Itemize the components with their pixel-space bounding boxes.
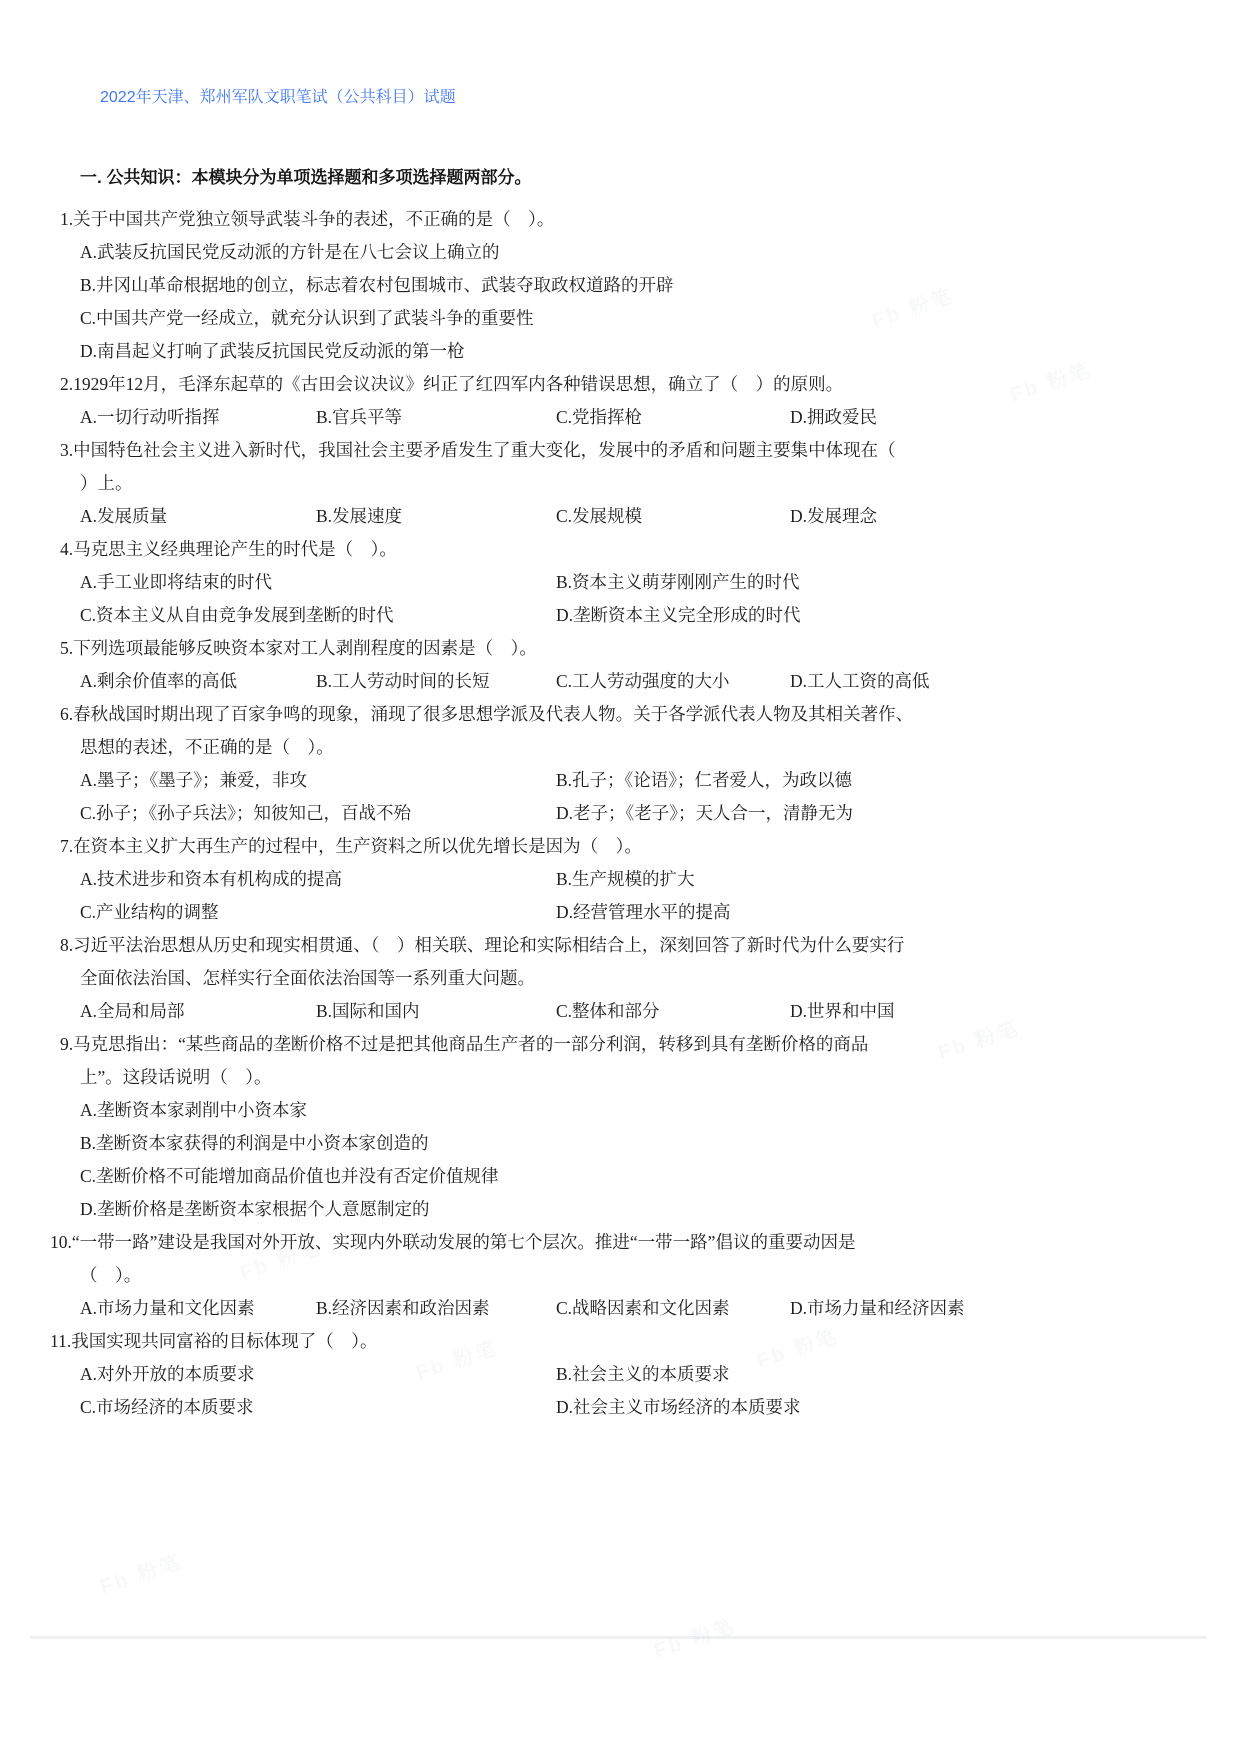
option-group: A.墨子；《墨子》；兼爱，非攻B.孔子；《论语》；仁者爱人，为政以德C.孙子；《… bbox=[80, 764, 1240, 830]
watermark-text: Fb 粉笔 bbox=[96, 1546, 186, 1600]
option: B.经济因素和政治因素 bbox=[316, 1292, 556, 1325]
question-list: 1.关于中国共产党独立领导武装斗争的表述，不正确的是（ ）。A.武装反抗国民党反… bbox=[0, 203, 1240, 1424]
option-group: A.对外开放的本质要求B.社会主义的本质要求C.市场经济的本质要求D.社会主义市… bbox=[80, 1358, 1240, 1424]
question-text: 8.习近平法治思想从历史和现实相贯通、（ ）相关联、理论和实际相结合上，深刻回答… bbox=[0, 929, 1240, 962]
question-text: 6.春秋战国时期出现了百家争鸣的现象，涌现了很多思想学派及代表人物。关于各学派代… bbox=[0, 698, 1240, 731]
question-text: 10.“一带一路”建设是我国对外开放、实现内外联动发展的第七个层次。推进“一带一… bbox=[0, 1226, 1240, 1259]
section-heading: 一. 公共知识：本模块分为单项选择题和多项选择题两部分。 bbox=[80, 166, 1240, 190]
option: B.垄断资本家获得的利润是中小资本家创造的 bbox=[0, 1127, 1240, 1160]
option: A.武装反抗国民党反动派的方针是在八七会议上确立的 bbox=[0, 236, 1240, 269]
option: A.一切行动听指挥 bbox=[80, 401, 316, 434]
question: 5.下列选项最能够反映资本家对工人剥削程度的因素是（ ）。A.剩余价值率的高低B… bbox=[0, 632, 1240, 698]
option: B.资本主义萌芽刚刚产生的时代 bbox=[556, 566, 1240, 599]
option: C.孙子；《孙子兵法》；知彼知己，百战不殆 bbox=[80, 797, 556, 830]
option: C.市场经济的本质要求 bbox=[80, 1391, 556, 1424]
option: C.中国共产党一经成立，就充分认识到了武装斗争的重要性 bbox=[0, 302, 1240, 335]
option: A.技术进步和资本有机构成的提高 bbox=[80, 863, 556, 896]
question: 6.春秋战国时期出现了百家争鸣的现象，涌现了很多思想学派及代表人物。关于各学派代… bbox=[0, 698, 1240, 830]
option: C.发展规模 bbox=[556, 500, 790, 533]
question: 2.1929年12月，毛泽东起草的《古田会议决议》纠正了红四军内各种错误思想，确… bbox=[0, 368, 1240, 434]
page-divider bbox=[30, 1636, 1207, 1639]
option: A.垄断资本家剥削中小资本家 bbox=[0, 1094, 1240, 1127]
question: 1.关于中国共产党独立领导武装斗争的表述，不正确的是（ ）。A.武装反抗国民党反… bbox=[0, 203, 1240, 368]
option: D.世界和中国 bbox=[790, 995, 1240, 1028]
question: 9.马克思指出：“某些商品的垄断价格不过是把其他商品生产者的一部分利润，转移到具… bbox=[0, 1028, 1240, 1226]
option-group: A.武装反抗国民党反动派的方针是在八七会议上确立的B.井冈山革命根据地的创立，标… bbox=[0, 236, 1240, 368]
question-text: 1.关于中国共产党独立领导武装斗争的表述，不正确的是（ ）。 bbox=[0, 203, 1240, 236]
option: A.墨子；《墨子》；兼爱，非攻 bbox=[80, 764, 556, 797]
option: C.战略因素和文化因素 bbox=[556, 1292, 790, 1325]
option: D.垄断资本主义完全形成的时代 bbox=[556, 599, 1240, 632]
option: C.整体和部分 bbox=[556, 995, 790, 1028]
option: D.垄断价格是垄断资本家根据个人意愿制定的 bbox=[0, 1193, 1240, 1226]
option: A.发展质量 bbox=[80, 500, 316, 533]
question-text: 思想的表述，不正确的是（ ）。 bbox=[0, 731, 1240, 764]
option-group: A.垄断资本家剥削中小资本家B.垄断资本家获得的利润是中小资本家创造的C.垄断价… bbox=[0, 1094, 1240, 1226]
question-text: 4.马克思主义经典理论产生的时代是（ ）。 bbox=[0, 533, 1240, 566]
question: 8.习近平法治思想从历史和现实相贯通、（ ）相关联、理论和实际相结合上，深刻回答… bbox=[0, 929, 1240, 1028]
question-text: 11.我国实现共同富裕的目标体现了（ ）。 bbox=[0, 1325, 1240, 1358]
option: D.经营管理水平的提高 bbox=[556, 896, 1240, 929]
option-group: A.全局和局部B.国际和国内C.整体和部分D.世界和中国 bbox=[80, 995, 1240, 1028]
option: B.国际和国内 bbox=[316, 995, 556, 1028]
option: C.工人劳动强度的大小 bbox=[556, 665, 790, 698]
question-text: 全面依法治国、怎样实行全面依法治国等一系列重大问题。 bbox=[0, 962, 1240, 995]
question-text: ）上。 bbox=[0, 467, 1240, 500]
option: C.垄断价格不可能增加商品价值也并没有否定价值规律 bbox=[0, 1160, 1240, 1193]
question-text: 5.下列选项最能够反映资本家对工人剥削程度的因素是（ ）。 bbox=[0, 632, 1240, 665]
option: D.工人工资的高低 bbox=[790, 665, 1240, 698]
option-group: A.剩余价值率的高低B.工人劳动时间的长短C.工人劳动强度的大小D.工人工资的高… bbox=[80, 665, 1240, 698]
option: B.社会主义的本质要求 bbox=[556, 1358, 1240, 1391]
question: 10.“一带一路”建设是我国对外开放、实现内外联动发展的第七个层次。推进“一带一… bbox=[0, 1226, 1240, 1325]
option: D.发展理念 bbox=[790, 500, 1240, 533]
question-text: （ ）。 bbox=[0, 1259, 1240, 1292]
option: A.市场力量和文化因素 bbox=[80, 1292, 316, 1325]
option: D.南昌起义打响了武装反抗国民党反动派的第一枪 bbox=[0, 335, 1240, 368]
option: B.官兵平等 bbox=[316, 401, 556, 434]
question-text: 7.在资本主义扩大再生产的过程中，生产资料之所以优先增长是因为（ ）。 bbox=[0, 830, 1240, 863]
option: B.井冈山革命根据地的创立，标志着农村包围城市、武装夺取政权道路的开辟 bbox=[0, 269, 1240, 302]
option-group: A.一切行动听指挥B.官兵平等C.党指挥枪D.拥政爱民 bbox=[80, 401, 1240, 434]
option: B.工人劳动时间的长短 bbox=[316, 665, 556, 698]
option-group: A.市场力量和文化因素B.经济因素和政治因素C.战略因素和文化因素D.市场力量和… bbox=[80, 1292, 1240, 1325]
option: C.党指挥枪 bbox=[556, 401, 790, 434]
option: B.发展速度 bbox=[316, 500, 556, 533]
option: A.全局和局部 bbox=[80, 995, 316, 1028]
option-group: A.手工业即将结束的时代B.资本主义萌芽刚刚产生的时代C.资本主义从自由竞争发展… bbox=[80, 566, 1240, 632]
question-text: 3.中国特色社会主义进入新时代，我国社会主要矛盾发生了重大变化，发展中的矛盾和问… bbox=[0, 434, 1240, 467]
option: C.资本主义从自由竞争发展到垄断的时代 bbox=[80, 599, 556, 632]
question-text: 9.马克思指出：“某些商品的垄断价格不过是把其他商品生产者的一部分利润，转移到具… bbox=[0, 1028, 1240, 1061]
option: D.社会主义市场经济的本质要求 bbox=[556, 1391, 1240, 1424]
option: A.剩余价值率的高低 bbox=[80, 665, 316, 698]
question: 3.中国特色社会主义进入新时代，我国社会主要矛盾发生了重大变化，发展中的矛盾和问… bbox=[0, 434, 1240, 533]
page-title: 2022年天津、郑州军队文职笔试（公共科目）试题 bbox=[0, 0, 1240, 109]
option: A.手工业即将结束的时代 bbox=[80, 566, 556, 599]
option: D.拥政爱民 bbox=[790, 401, 1240, 434]
question: 4.马克思主义经典理论产生的时代是（ ）。A.手工业即将结束的时代B.资本主义萌… bbox=[0, 533, 1240, 632]
option: C.产业结构的调整 bbox=[80, 896, 556, 929]
question-text: 上”。这段话说明（ ）。 bbox=[0, 1061, 1240, 1094]
option: B.生产规模的扩大 bbox=[556, 863, 1240, 896]
question: 7.在资本主义扩大再生产的过程中，生产资料之所以优先增长是因为（ ）。A.技术进… bbox=[0, 830, 1240, 929]
option-group: A.发展质量B.发展速度C.发展规模D.发展理念 bbox=[80, 500, 1240, 533]
option: D.市场力量和经济因素 bbox=[790, 1292, 1240, 1325]
option: D.老子；《老子》；天人合一，清静无为 bbox=[556, 797, 1240, 830]
question: 11.我国实现共同富裕的目标体现了（ ）。A.对外开放的本质要求B.社会主义的本… bbox=[0, 1325, 1240, 1424]
option: B.孔子；《论语》；仁者爱人，为政以德 bbox=[556, 764, 1240, 797]
option-group: A.技术进步和资本有机构成的提高B.生产规模的扩大C.产业结构的调整D.经营管理… bbox=[80, 863, 1240, 929]
option: A.对外开放的本质要求 bbox=[80, 1358, 556, 1391]
exam-page: 2022年天津、郑州军队文职笔试（公共科目）试题 一. 公共知识：本模块分为单项… bbox=[0, 0, 1240, 1754]
question-text: 2.1929年12月，毛泽东起草的《古田会议决议》纠正了红四军内各种错误思想，确… bbox=[0, 368, 1240, 401]
